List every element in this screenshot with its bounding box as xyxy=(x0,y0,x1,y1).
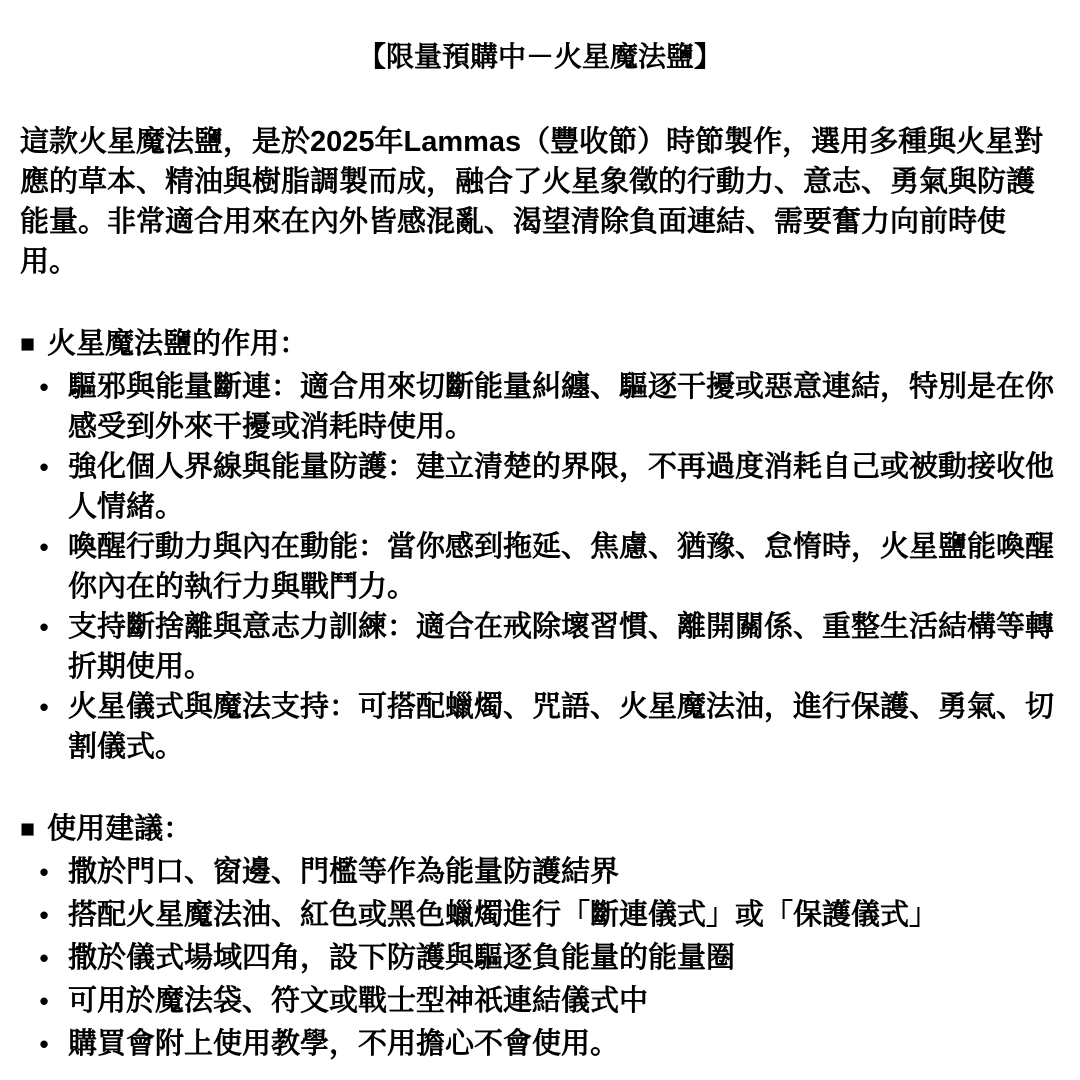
bullet-icon: • xyxy=(20,447,54,527)
list-item: • 喚醒行動力與內在動能：當你感到拖延、焦慮、猶豫、怠惰時，火星鹽能喚醒你內在的… xyxy=(20,527,1060,607)
bullet-text: 喚醒行動力與內在動能：當你感到拖延、焦慮、猶豫、怠惰時，火星鹽能喚醒你內在的執行… xyxy=(68,527,1060,607)
intro-paragraph: 這款火星魔法鹽，是於2025年Lammas（豐收節）時節製作，選用多種與火星對應… xyxy=(20,122,1060,282)
bullet-text: 驅邪與能量斷連：適合用來切斷能量糾纏、驅逐干擾或惡意連結，特別是在你感受到外來干… xyxy=(68,367,1060,447)
bullet-icon: • xyxy=(20,527,54,607)
bullet-text: 撒於儀式場域四角，設下防護與驅逐負能量的能量圈 xyxy=(68,938,1060,978)
list-item: • 火星儀式與魔法支持：可搭配蠟燭、咒語、火星魔法油，進行保護、勇氣、切割儀式。 xyxy=(20,687,1060,767)
list-item: • 撒於門口、窗邊、門檻等作為能量防護結界 xyxy=(20,852,1060,892)
effects-bullet-list: • 驅邪與能量斷連：適合用來切斷能量糾纏、驅逐干擾或惡意連結，特別是在你感受到外… xyxy=(20,367,1060,767)
bullet-text: 撒於門口、窗邊、門檻等作為能量防護結界 xyxy=(68,852,1060,892)
bullet-icon: • xyxy=(20,981,54,1021)
list-item: • 支持斷捨離與意志力訓練：適合在戒除壞習慣、離開關係、重整生活結構等轉折期使用… xyxy=(20,607,1060,687)
usage-bullet-list: • 撒於門口、窗邊、門檻等作為能量防護結界 • 搭配火星魔法油、紅色或黑色蠟燭進… xyxy=(20,852,1060,1064)
bullet-icon: • xyxy=(20,852,54,892)
list-item: • 搭配火星魔法油、紅色或黑色蠟燭進行「斷連儀式」或「保護儀式」 xyxy=(20,895,1060,935)
bullet-icon: • xyxy=(20,895,54,935)
bullet-icon: • xyxy=(20,367,54,447)
bullet-icon: • xyxy=(20,1024,54,1064)
list-item: • 可用於魔法袋、符文或戰士型神祇連結儀式中 xyxy=(20,981,1060,1021)
bullet-text: 購買會附上使用教學，不用擔心不會使用。 xyxy=(68,1024,1060,1064)
bullet-icon: • xyxy=(20,607,54,687)
document-page: 【限量預購中－火星魔法鹽】 這款火星魔法鹽，是於2025年Lammas（豐收節）… xyxy=(0,0,1080,1080)
list-item: • 強化個人界線與能量防護：建立清楚的界限，不再過度消耗自己或被動接收他人情緒。 xyxy=(20,447,1060,527)
bullet-icon: • xyxy=(20,687,54,767)
page-title: 【限量預購中－火星魔法鹽】 xyxy=(20,42,1060,72)
bullet-text: 支持斷捨離與意志力訓練：適合在戒除壞習慣、離開關係、重整生活結構等轉折期使用。 xyxy=(68,607,1060,687)
section-effects: ■ 火星魔法鹽的作用： • 驅邪與能量斷連：適合用來切斷能量糾纏、驅逐干擾或惡意… xyxy=(20,324,1060,767)
bullet-text: 強化個人界線與能量防護：建立清楚的界限，不再過度消耗自己或被動接收他人情緒。 xyxy=(68,447,1060,527)
bullet-text: 火星儀式與魔法支持：可搭配蠟燭、咒語、火星魔法油，進行保護、勇氣、切割儀式。 xyxy=(68,687,1060,767)
bullet-icon: • xyxy=(20,938,54,978)
section-usage-heading: ■ 使用建議： xyxy=(20,809,1060,849)
list-item: • 購買會附上使用教學，不用擔心不會使用。 xyxy=(20,1024,1060,1064)
square-marker-icon: ■ xyxy=(20,809,35,849)
bullet-text: 搭配火星魔法油、紅色或黑色蠟燭進行「斷連儀式」或「保護儀式」 xyxy=(68,895,1060,935)
bullet-text: 可用於魔法袋、符文或戰士型神祇連結儀式中 xyxy=(68,981,1060,1021)
section-heading-label: 火星魔法鹽的作用： xyxy=(47,324,308,364)
square-marker-icon: ■ xyxy=(20,324,35,364)
list-item: • 撒於儀式場域四角，設下防護與驅逐負能量的能量圈 xyxy=(20,938,1060,978)
list-item: • 驅邪與能量斷連：適合用來切斷能量糾纏、驅逐干擾或惡意連結，特別是在你感受到外… xyxy=(20,367,1060,447)
section-effects-heading: ■ 火星魔法鹽的作用： xyxy=(20,324,1060,364)
section-usage: ■ 使用建議： • 撒於門口、窗邊、門檻等作為能量防護結界 • 搭配火星魔法油、… xyxy=(20,809,1060,1064)
section-heading-label: 使用建議： xyxy=(47,809,192,849)
